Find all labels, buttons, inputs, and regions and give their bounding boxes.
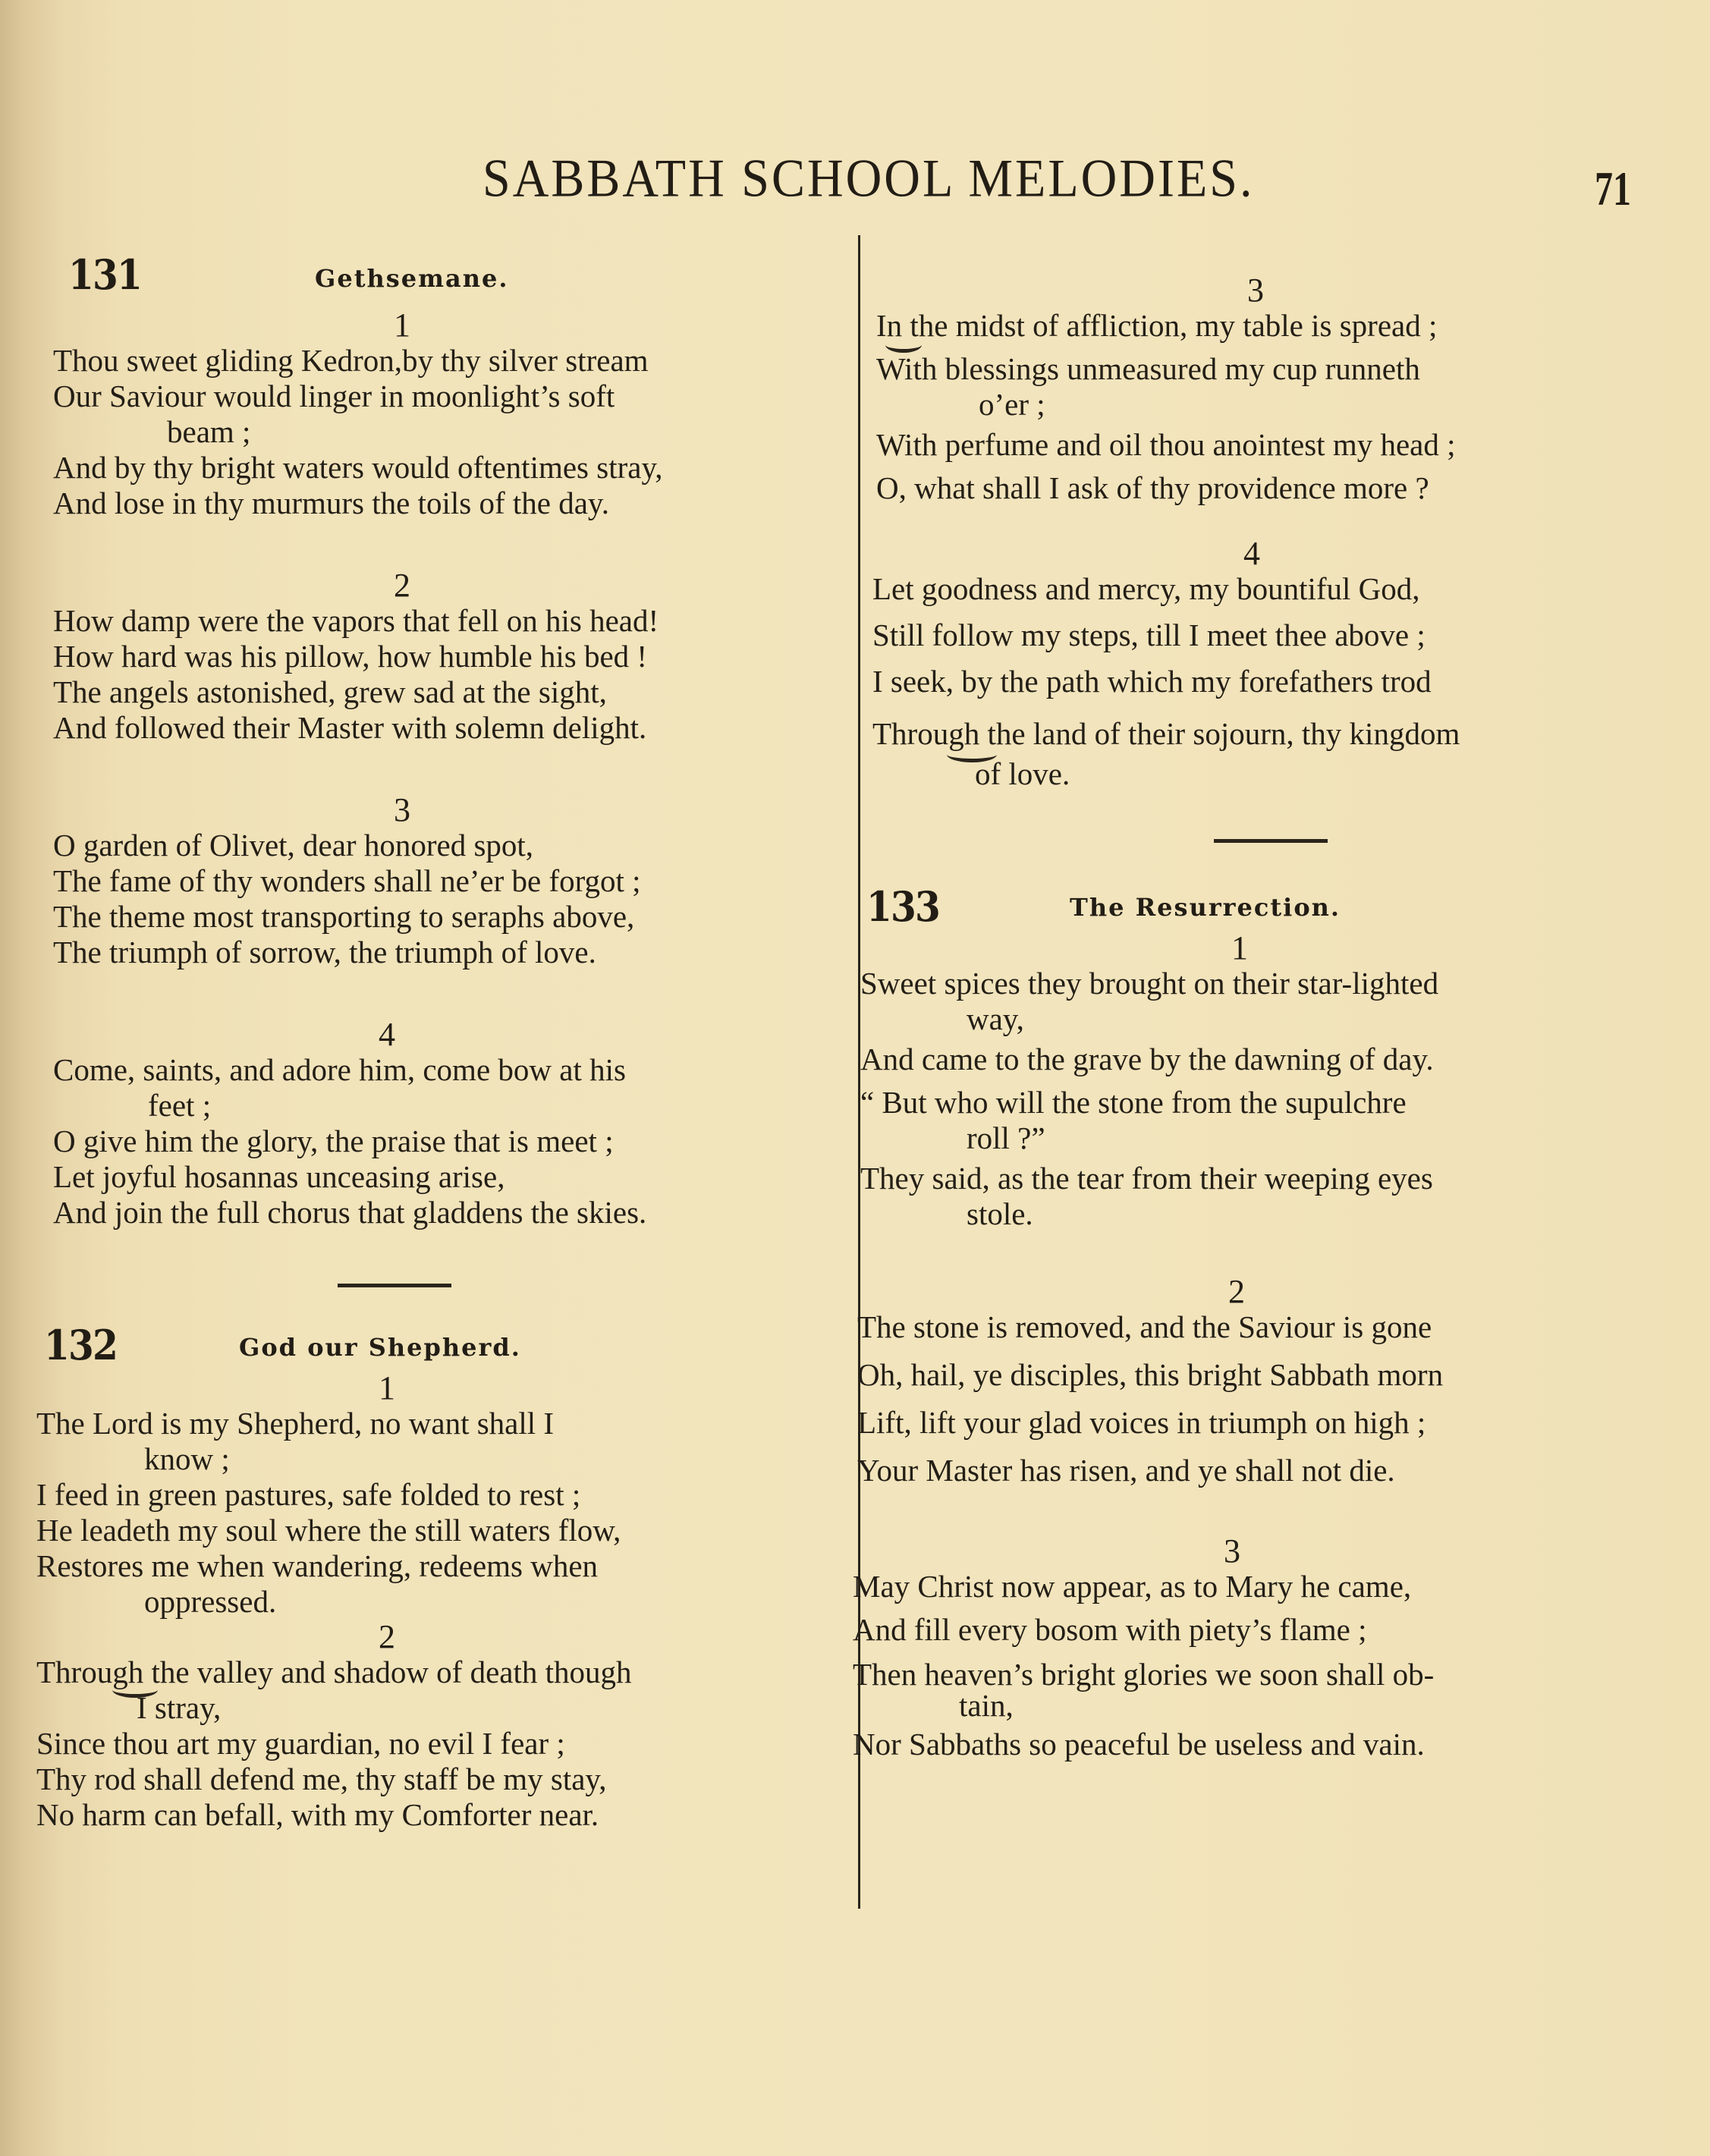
verse-line: Thy rod shall defend me, thy staff be my… — [36, 1762, 842, 1797]
verse-line: The angels astonished, grew sad at the s… — [53, 674, 842, 710]
verse-line: of love. — [872, 756, 1698, 792]
verse-line: The theme most transporting to seraphs a… — [53, 899, 842, 935]
verse-line: Let joyful hosannas unceasing arise, — [53, 1159, 842, 1195]
verse-line: Lift, lift your glad voices in triumph o… — [857, 1405, 1698, 1441]
verse-line: way, — [860, 1001, 1698, 1037]
hymn-title: The Resurrection. — [1070, 893, 1341, 922]
verse-line: Nor Sabbaths so peaceful be useless and … — [853, 1727, 1698, 1762]
tie-mark — [112, 1682, 158, 1698]
verse-line: May Christ now appear, as to Mary he cam… — [853, 1569, 1698, 1604]
verse-line: Thou sweet gliding Kedron,by thy silver … — [53, 343, 842, 379]
verse: 2 How damp were the vapors that fell on … — [53, 568, 842, 746]
verse-line: stole. — [860, 1196, 1698, 1232]
verse-line: The triumph of sorrow, the triumph of lo… — [53, 935, 842, 970]
verse: 1 The Lord is my Shepherd, no want shall… — [53, 1371, 842, 1620]
hymn-heading: 131 Gethsemane. — [53, 250, 842, 311]
verse-line: feet ; — [53, 1088, 842, 1124]
verse: 3 May Christ now appear, as to Mary he c… — [853, 1534, 1698, 1762]
verse-line: o’er ; — [876, 387, 1698, 423]
verse-line: Still follow my steps, till I meet thee … — [872, 618, 1698, 653]
verse-line: Sweet spices they brought on their star-… — [860, 966, 1698, 1001]
hymn-132-continued: 3 In the midst of affliction, my table i… — [848, 273, 1698, 792]
verse-number: 2 — [53, 1620, 721, 1655]
verse-number: 3 — [53, 793, 751, 828]
verse-number: 1 — [53, 1371, 721, 1406]
verse-line: The Lord is my Shepherd, no want shall I — [36, 1406, 842, 1441]
verse-number: 2 — [53, 568, 751, 603]
verse-line: And by thy bright waters would oftentime… — [53, 450, 842, 486]
page-number: 71 — [1595, 161, 1631, 217]
verse-line: The fame of thy wonders shall ne’er be f… — [53, 863, 842, 899]
verse-line: In the midst of affliction, my table is … — [876, 308, 1698, 344]
right-column: 3 In the midst of affliction, my table i… — [848, 273, 1698, 1762]
verse-line: “ But who will the stone from the supulc… — [860, 1085, 1698, 1120]
verse: 2 The stone is removed, and the Saviour … — [857, 1274, 1698, 1488]
verse: 1 Sweet spices they brought on their sta… — [860, 931, 1698, 1232]
verse-number: 3 — [876, 273, 1635, 308]
verse-line: I stray, — [53, 1690, 842, 1726]
verse-number: 1 — [53, 308, 751, 343]
verse-line: And followed their Master with solemn de… — [53, 710, 842, 746]
verse-number: 1 — [860, 931, 1619, 966]
hymn-number: 132 — [44, 1321, 117, 1369]
verse: 2 Through the valley and shadow of death… — [53, 1620, 842, 1833]
tie-mark — [947, 746, 997, 762]
verse-line: beam ; — [53, 414, 842, 450]
hymn-133: 133 The Resurrection. 1 Sweet spices the… — [848, 882, 1698, 1762]
verse-line: And lose in thy murmurs the toils of the… — [53, 486, 842, 521]
verse: 1 Thou sweet gliding Kedron,by thy silve… — [53, 308, 842, 521]
verse-line: With blessings unmeasured my cup runneth — [876, 351, 1698, 387]
tie-mark — [885, 337, 922, 353]
hymn-title: Gethsemane. — [315, 264, 508, 293]
verse-line: Our Saviour would linger in moonlight’s … — [53, 379, 842, 414]
verse-line: How hard was his pillow, how humble his … — [53, 639, 842, 674]
hymn-131: 131 Gethsemane. 1 Thou sweet gliding Ked… — [53, 250, 842, 1230]
verse-line: No harm can befall, with my Comforter ne… — [36, 1797, 842, 1833]
verse-line: He leadeth my soul where the still water… — [36, 1513, 842, 1548]
hymn-132: 132 God our Shepherd. 1 The Lord is my S… — [53, 1321, 842, 1833]
verse-line: Your Master has risen, and ye shall not … — [857, 1453, 1698, 1488]
verse-line: With perfume and oil thou anointest my h… — [876, 427, 1698, 463]
verse: 3 In the midst of affliction, my table i… — [876, 273, 1698, 506]
verse-line: Since thou art my guardian, no evil I fe… — [36, 1726, 842, 1762]
verse-number: 4 — [53, 1017, 721, 1052]
verse-line: O garden of Olivet, dear honored spot, — [53, 828, 842, 863]
verse-line: know ; — [53, 1441, 842, 1477]
verse-line: Then heaven’s bright glories we soon sha… — [853, 1657, 1698, 1692]
verse-line: And came to the grave by the dawning of … — [860, 1042, 1698, 1077]
verse-line: O give him the glory, the praise that is… — [53, 1124, 842, 1159]
verse-line: oppressed. — [53, 1584, 842, 1620]
verse-line: Through the land of their sojourn, thy k… — [872, 716, 1698, 752]
verse-line: The stone is removed, and the Saviour is… — [857, 1309, 1698, 1345]
verse: 4 Let goodness and mercy, my bountiful G… — [872, 536, 1698, 792]
left-column: 131 Gethsemane. 1 Thou sweet gliding Ked… — [53, 250, 842, 1833]
hymn-number: 131 — [68, 250, 141, 299]
running-title: SABBATH SCHOOL MELODIES. — [483, 148, 1254, 210]
verse-line: Through the valley and shadow of death t… — [36, 1655, 842, 1690]
verse-line: Restores me when wandering, redeems when — [36, 1548, 842, 1584]
verse-line: O, what shall I ask of thy providence mo… — [876, 470, 1698, 506]
verse-line: I seek, by the path which my forefathers… — [872, 664, 1698, 699]
verse-line: How damp were the vapors that fell on hi… — [53, 603, 842, 639]
verse-line: tain, — [853, 1688, 1698, 1724]
section-separator — [1214, 839, 1328, 843]
verse: 4 Come, saints, and adore him, come bow … — [53, 1017, 842, 1230]
verse-line: Oh, hail, ye disciples, this bright Sabb… — [857, 1357, 1698, 1393]
verse-line: Let goodness and mercy, my bountiful God… — [872, 571, 1698, 607]
verse-line: And fill every bosom with piety’s flame … — [853, 1612, 1698, 1648]
verse-number: 2 — [857, 1274, 1616, 1309]
verse-line: roll ?” — [860, 1120, 1698, 1156]
verse-line: I feed in green pastures, safe folded to… — [36, 1477, 842, 1513]
hymn-title: God our Shepherd. — [239, 1333, 521, 1362]
hymn-number: 133 — [866, 882, 939, 931]
book-page: SABBATH SCHOOL MELODIES. 71 131 Gethsema… — [0, 0, 1710, 2156]
verse-line: They said, as the tear from their weepin… — [860, 1161, 1698, 1196]
verse-number: 3 — [853, 1534, 1611, 1569]
verse: 3 O garden of Olivet, dear honored spot,… — [53, 793, 842, 970]
verse-line: Come, saints, and adore him, come bow at… — [53, 1052, 842, 1088]
section-separator — [338, 1284, 451, 1287]
verse-number: 4 — [872, 536, 1631, 571]
verse-line: And join the full chorus that gladdens t… — [53, 1195, 842, 1230]
